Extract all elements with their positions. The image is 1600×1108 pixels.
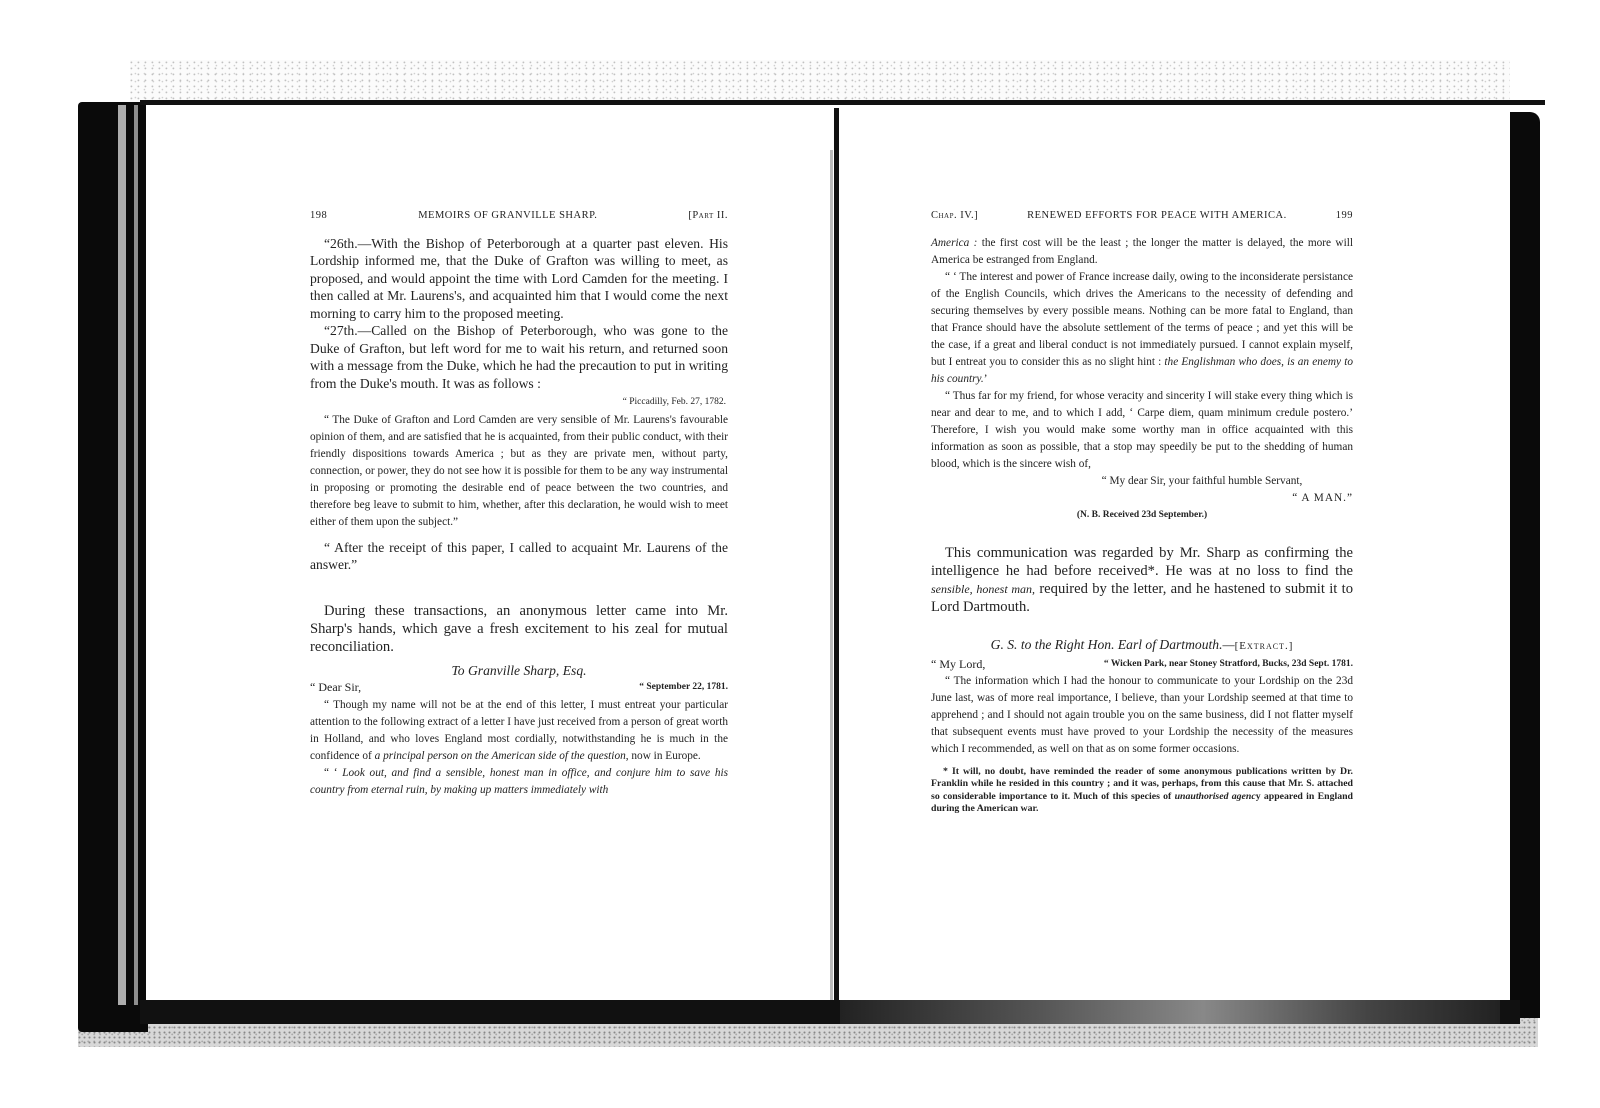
part-label: [Part II. xyxy=(688,207,728,225)
page-number: 199 xyxy=(1336,207,1353,225)
paragraph: During these transactions, an anonymous … xyxy=(310,602,728,656)
paragraph: “27th.—Called on the Bishop of Peterboro… xyxy=(310,322,728,392)
paragraph: “ Though my name will not be at the end … xyxy=(310,697,728,765)
paragraph: “26th.—With the Bishop of Peterborough a… xyxy=(310,235,728,323)
signature: “ A MAN.” xyxy=(931,490,1353,507)
running-head: RENEWED EFFORTS FOR PEACE WITH AMERICA. xyxy=(1027,207,1287,225)
letter-title: To Granville Sharp, Esq. xyxy=(451,663,586,678)
gutter-shadow xyxy=(830,150,833,1000)
scan-noise-top xyxy=(130,60,1510,102)
book-gutter xyxy=(834,108,839,1018)
book-cover-right xyxy=(1508,112,1540,1018)
left-running-header: 198 MEMOIRS OF GRANVILLE SHARP. [Part II… xyxy=(310,207,728,225)
page-edges-left-inner xyxy=(134,105,138,1005)
letter-salutation-row: “ My Lord, “ Wicken Park, near Stoney St… xyxy=(931,656,1353,674)
salutation: “ My Lord, xyxy=(931,656,985,674)
salutation: “ Dear Sir, xyxy=(310,679,361,697)
book-bottom-edge-right xyxy=(840,1000,1500,1024)
paragraph: “ ‘ Look out, and find a sensible, hones… xyxy=(310,765,728,799)
paragraph: “ ‘ The interest and power of France inc… xyxy=(931,269,1353,388)
nb-note: (N. B. Received 23d September.) xyxy=(931,507,1353,525)
paragraph: “ Thus far for my friend, for whose vera… xyxy=(931,388,1353,473)
running-head: MEMOIRS OF GRANVILLE SHARP. xyxy=(418,207,597,225)
chapter-label: Chap. IV.] xyxy=(931,207,978,225)
left-page-text: 198 MEMOIRS OF GRANVILLE SHARP. [Part II… xyxy=(310,207,728,799)
right-page-text: Chap. IV.] RENEWED EFFORTS FOR PEACE WIT… xyxy=(931,207,1353,815)
paragraph: This communication was regarded by Mr. S… xyxy=(931,544,1353,616)
right-running-header: Chap. IV.] RENEWED EFFORTS FOR PEACE WIT… xyxy=(931,207,1353,225)
letter-dateline: “ Piccadilly, Feb. 27, 1782. xyxy=(310,394,726,412)
letter-dateline: “ Wicken Park, near Stoney Stratford, Bu… xyxy=(1104,656,1353,674)
page-number: 198 xyxy=(310,207,327,225)
page-edges-left xyxy=(118,105,126,1005)
footnote: * It will, no doubt, have reminded the r… xyxy=(931,766,1353,815)
letter-title: G. S. to the Right Hon. Earl of Dartmout… xyxy=(931,636,1353,656)
quoted-letter: “ The Duke of Grafton and Lord Camden ar… xyxy=(310,412,728,531)
letter-salutation-row: “ Dear Sir, “ September 22, 1781. xyxy=(310,679,728,697)
paragraph: “ The information which I had the honour… xyxy=(931,673,1353,758)
signoff: “ My dear Sir, your faithful humble Serv… xyxy=(1051,473,1353,490)
letter-dateline: “ September 22, 1781. xyxy=(639,679,728,697)
paragraph: America : the first cost will be the lea… xyxy=(931,235,1353,269)
paragraph: “ After the receipt of this paper, I cal… xyxy=(310,539,728,574)
